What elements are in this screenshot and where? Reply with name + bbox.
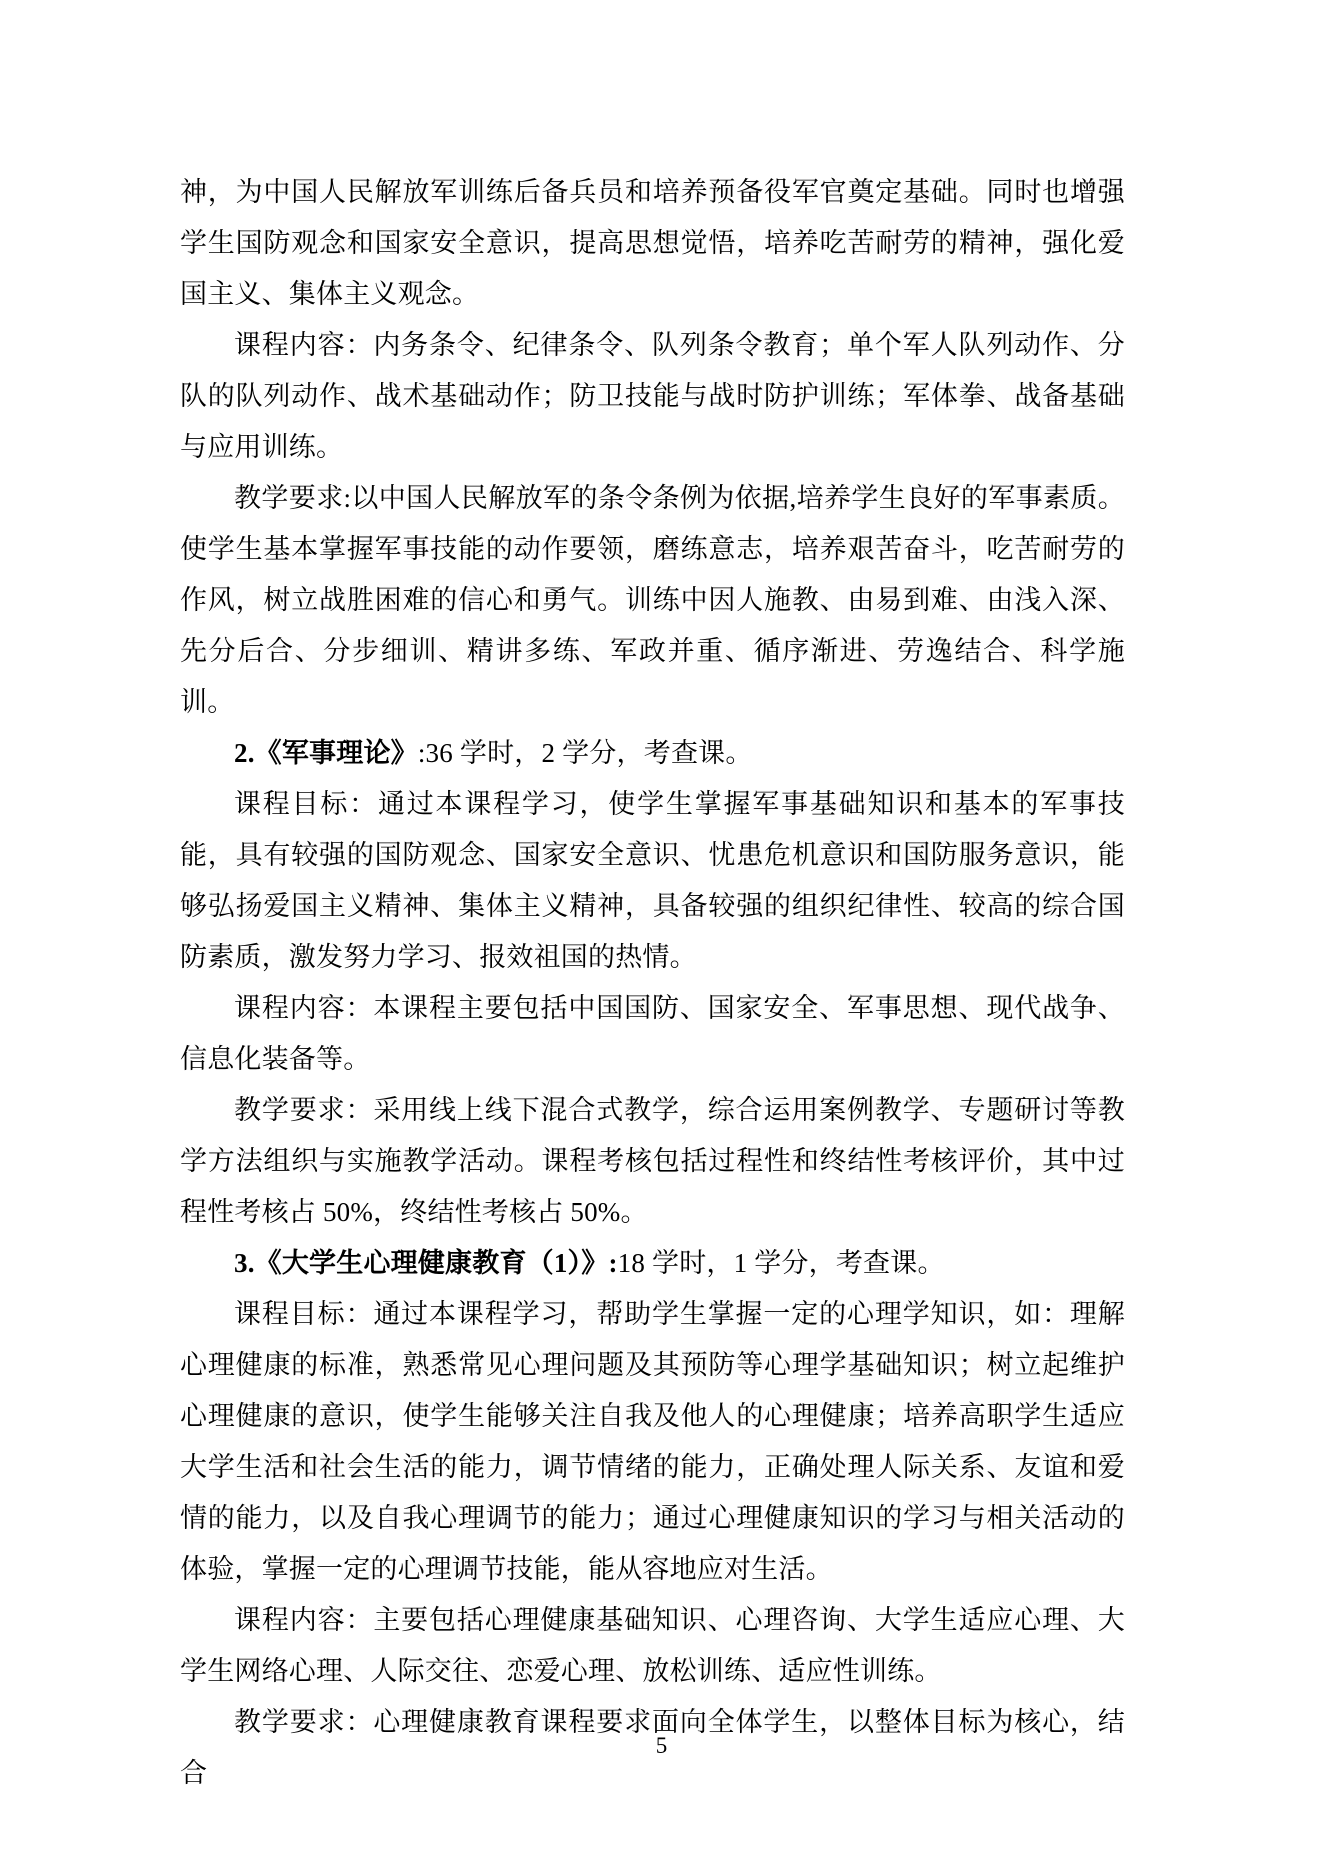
paragraph: 教学要求:以中国人民解放军的条令条例为依据,培养学生良好的军事素质。使学生基本掌… — [180, 473, 1125, 728]
paragraph: 3.《大学生心理健康教育（1）》:18 学时，1 学分，考查课。 — [180, 1238, 1125, 1289]
paragraph-text: 神，为中国人民解放军训练后备兵员和培养预备役军官奠定基础。同时也增强学生国防观念… — [180, 177, 1125, 309]
paragraph-text: 教学要求：采用线上线下混合式教学，综合运用案例教学、专题研讨等教学方法组织与实施… — [180, 1095, 1125, 1227]
paragraph: 课程目标：通过本课程学习，帮助学生掌握一定的心理学知识，如：理解心理健康的标准，… — [180, 1289, 1125, 1595]
paragraph: 课程目标：通过本课程学习，使学生掌握军事基础知识和基本的军事技能，具有较强的国防… — [180, 779, 1125, 983]
paragraph-text: 课程目标：通过本课程学习，使学生掌握军事基础知识和基本的军事技能，具有较强的国防… — [180, 789, 1125, 972]
paragraph: 课程内容：本课程主要包括中国国防、国家安全、军事思想、现代战争、信息化装备等。 — [180, 983, 1125, 1085]
paragraph-text: 课程目标：通过本课程学习，帮助学生掌握一定的心理学知识，如：理解心理健康的标准，… — [180, 1299, 1125, 1584]
course-heading-lead: 2.《军事理论》 — [234, 738, 418, 768]
paragraph: 课程内容：内务条令、纪律条令、队列条令教育；单个军人队列动作、分队的队列动作、战… — [180, 320, 1125, 473]
paragraph: 教学要求：采用线上线下混合式教学，综合运用案例教学、专题研讨等教学方法组织与实施… — [180, 1085, 1125, 1238]
page-number: 5 — [656, 1733, 668, 1758]
document-page: 神，为中国人民解放军训练后备兵员和培养预备役军官奠定基础。同时也增强学生国防观念… — [0, 0, 1323, 1871]
page-footer: 5 — [0, 1731, 1323, 1761]
paragraph-text: 18 学时，1 学分，考查课。 — [618, 1248, 945, 1278]
paragraph: 课程内容：主要包括心理健康基础知识、心理咨询、大学生适应心理、大学生网络心理、人… — [180, 1595, 1125, 1697]
paragraph-text: :36 学时，2 学分，考查课。 — [418, 738, 753, 768]
paragraph-text: 课程内容：内务条令、纪律条令、队列条令教育；单个军人队列动作、分队的队列动作、战… — [180, 330, 1125, 462]
paragraph-text: 课程内容：主要包括心理健康基础知识、心理咨询、大学生适应心理、大学生网络心理、人… — [180, 1605, 1125, 1686]
page-content: 神，为中国人民解放军训练后备兵员和培养预备役军官奠定基础。同时也增强学生国防观念… — [180, 167, 1125, 1799]
course-heading-lead: 3.《大学生心理健康教育（1）》: — [234, 1248, 618, 1278]
paragraph-text: 教学要求:以中国人民解放军的条令条例为依据,培养学生良好的军事素质。使学生基本掌… — [180, 483, 1125, 717]
paragraph: 2.《军事理论》:36 学时，2 学分，考查课。 — [180, 728, 1125, 779]
paragraph: 神，为中国人民解放军训练后备兵员和培养预备役军官奠定基础。同时也增强学生国防观念… — [180, 167, 1125, 320]
paragraph-text: 课程内容：本课程主要包括中国国防、国家安全、军事思想、现代战争、信息化装备等。 — [180, 993, 1125, 1074]
